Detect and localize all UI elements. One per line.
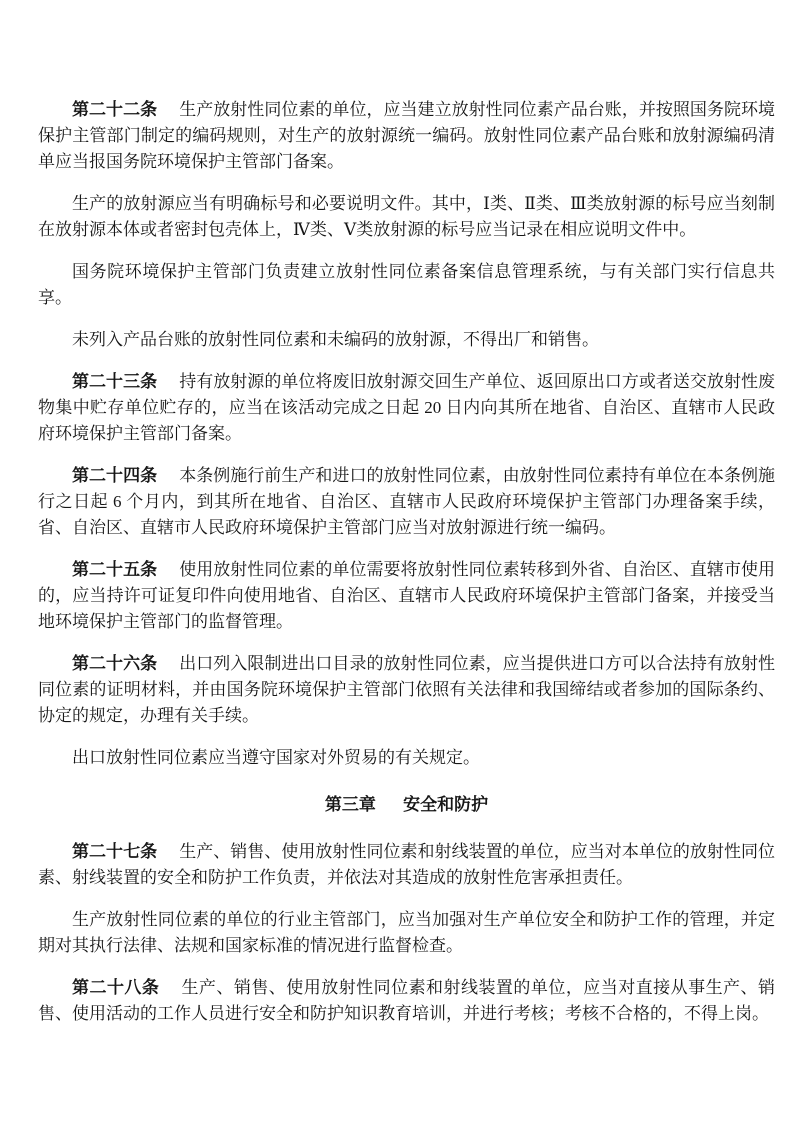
body-paragraph: 生产的放射源应当有明确标号和必要说明文件。其中，Ⅰ类、Ⅱ类、Ⅲ类放射源的标号应当… bbox=[38, 191, 775, 243]
article-number: 第二十六条 bbox=[72, 654, 157, 673]
paragraph-text: 国务院环境保护主管部门负责建立放射性同位素备案信息管理系统，与有关部门实行信息共… bbox=[38, 262, 775, 307]
document-body: 第二十二条生产放射性同位素的单位，应当建立放射性同位素产品台账，并按照国务院环境… bbox=[38, 97, 775, 1027]
article-paragraph: 第二十七条生产、销售、使用放射性同位素和射线装置的单位，应当对本单位的放射性同位… bbox=[38, 839, 775, 891]
paragraph-text: 生产的放射源应当有明确标号和必要说明文件。其中，Ⅰ类、Ⅱ类、Ⅲ类放射源的标号应当… bbox=[38, 194, 775, 239]
article-number: 第二十二条 bbox=[72, 100, 157, 119]
article-number: 第二十五条 bbox=[72, 560, 157, 579]
article-number: 第二十八条 bbox=[72, 978, 159, 997]
article-paragraph: 第二十五条使用放射性同位素的单位需要将放射性同位素转移到外省、自治区、直辖市使用… bbox=[38, 557, 775, 635]
chapter-title: 安全和防护 bbox=[403, 795, 488, 814]
chapter-heading: 第三章安全和防护 bbox=[38, 792, 775, 818]
article-paragraph: 第二十六条出口列入限制进出口目录的放射性同位素，应当提供进口方可以合法持有放射性… bbox=[38, 651, 775, 729]
article-number: 第二十四条 bbox=[72, 466, 157, 485]
article-paragraph: 第二十八条生产、销售、使用放射性同位素和射线装置的单位，应当对直接从事生产、销售… bbox=[38, 975, 775, 1027]
article-number: 第二十七条 bbox=[72, 842, 157, 861]
body-paragraph: 未列入产品台账的放射性同位素和未编码的放射源，不得出厂和销售。 bbox=[38, 327, 775, 353]
document-page: 第二十二条生产放射性同位素的单位，应当建立放射性同位素产品台账，并按照国务院环境… bbox=[0, 0, 793, 1122]
article-number: 第二十三条 bbox=[72, 372, 157, 391]
article-paragraph: 第二十三条持有放射源的单位将废旧放射源交回生产单位、返回原出口方或者送交放射性废… bbox=[38, 369, 775, 447]
body-paragraph: 国务院环境保护主管部门负责建立放射性同位素备案信息管理系统，与有关部门实行信息共… bbox=[38, 259, 775, 311]
paragraph-text: 未列入产品台账的放射性同位素和未编码的放射源，不得出厂和销售。 bbox=[72, 330, 599, 349]
body-paragraph: 生产放射性同位素的单位的行业主管部门，应当加强对生产单位安全和防护工作的管理，并… bbox=[38, 907, 775, 959]
paragraph-text: 生产放射性同位素的单位的行业主管部门，应当加强对生产单位安全和防护工作的管理，并… bbox=[38, 910, 775, 955]
chapter-number: 第三章 bbox=[325, 795, 376, 814]
paragraph-text: 出口放射性同位素应当遵守国家对外贸易的有关规定。 bbox=[72, 748, 480, 767]
article-paragraph: 第二十二条生产放射性同位素的单位，应当建立放射性同位素产品台账，并按照国务院环境… bbox=[38, 97, 775, 175]
article-paragraph: 第二十四条本条例施行前生产和进口的放射性同位素，由放射性同位素持有单位在本条例施… bbox=[38, 463, 775, 541]
body-paragraph: 出口放射性同位素应当遵守国家对外贸易的有关规定。 bbox=[38, 745, 775, 771]
